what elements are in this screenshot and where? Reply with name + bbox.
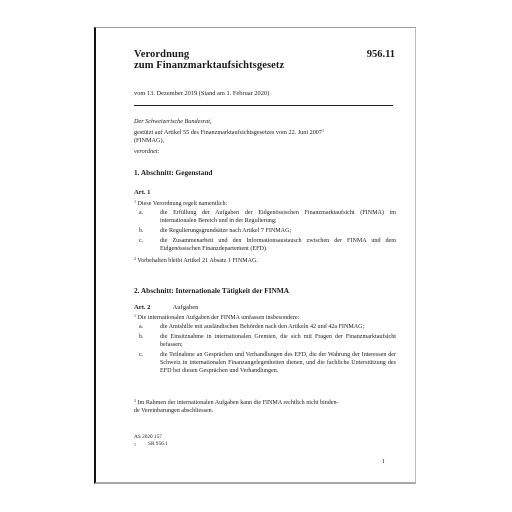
para-number: 1 xyxy=(134,313,136,318)
footnote-text: SR 956.1 xyxy=(148,441,168,447)
section-heading-1: 1. Abschnitt: Gegenstand xyxy=(134,168,212,177)
preamble: Der Schweizerische Bundesrat, gestützt a… xyxy=(134,118,324,156)
list-item: c.die Teilnahme an Gesprächen und Verhan… xyxy=(134,352,396,375)
para-text: Die internationalen Aufgaben der FINMA u… xyxy=(138,315,300,321)
list-text: die Erfüllung der Aufgaben der Eidgenöss… xyxy=(160,210,396,225)
basis-text: gestützt auf Artikel 55 des Finanzmarkta… xyxy=(134,129,322,136)
preamble-authority: Der Schweizerische Bundesrat, xyxy=(134,118,324,127)
footnote-ref[interactable]: 1 xyxy=(322,128,324,133)
list-item: c.die Zusammenarbeit und den Information… xyxy=(134,238,396,253)
para-text: Im Rahmen der internationalen Aufgaben k… xyxy=(138,400,339,406)
article-2-label: Art. 2Aufgaben xyxy=(134,304,198,311)
article-2-para-1: 1 Die internationalen Aufgaben der FINMA… xyxy=(134,314,299,322)
list-text: die Teilnahme an Gesprächen und Verhandl… xyxy=(160,352,396,375)
article-1-label: Art. 1 xyxy=(134,189,150,196)
list-item: b.die Einsitznahme in internationalen Gr… xyxy=(134,334,396,349)
article-2-list: a.die Amtshilfe mit ausländischen Behörd… xyxy=(134,324,396,378)
list-text: die Einsitznahme in internationalen Grem… xyxy=(160,334,396,349)
list-letter: b. xyxy=(134,334,160,349)
document-title: Verordnung zum Finanzmarktaufsichtsgeset… xyxy=(134,49,284,71)
article-heading: Aufgaben xyxy=(172,304,198,311)
list-text: die Amtshilfe mit ausländischen Behörden… xyxy=(160,324,396,332)
sr-number: 956.11 xyxy=(367,49,395,60)
list-letter: a. xyxy=(134,210,160,225)
article-2-para-2: 2 Im Rahmen der internationalen Aufgaben… xyxy=(134,399,339,415)
date-line: vom 13. Dezember 2019 (Stand am 1. Febru… xyxy=(134,90,269,97)
article-number: Art. 2 xyxy=(134,304,150,311)
para-number: 2 xyxy=(134,398,136,403)
para-number: 1 xyxy=(134,199,136,204)
preamble-verb: verordnet: xyxy=(134,148,324,157)
list-letter: b. xyxy=(134,228,160,236)
preamble-basis-abbrev: (FINMAG), xyxy=(134,137,324,146)
footer-notes: AS 2020 157 1SR 956.1 xyxy=(134,434,168,448)
title-line-2: zum Finanzmarktaufsichtsgesetz xyxy=(134,60,284,71)
list-letter: a. xyxy=(134,324,160,332)
footnote: 1SR 956.1 xyxy=(134,441,168,448)
article-1-list: a.die Erfüllung der Aufgaben der Eidgenö… xyxy=(134,210,396,256)
list-item: a.die Amtshilfe mit ausländischen Behörd… xyxy=(134,324,396,332)
title-divider xyxy=(134,105,393,106)
footnote-number: 1 xyxy=(134,441,148,448)
para-text: Vorbehalten bleibt Artikel 21 Absatz 1 F… xyxy=(137,258,258,264)
document-page: Verordnung zum Finanzmarktaufsichtsgeset… xyxy=(94,27,416,484)
as-reference: AS 2020 157 xyxy=(134,434,168,441)
list-letter: c. xyxy=(134,352,160,375)
title-line-1: Verordnung xyxy=(134,49,284,60)
para-text-cont: de Vereinbarungen abschliessen. xyxy=(134,407,339,415)
list-text: die Regulierungsgrundsätze nach Artikel … xyxy=(160,228,396,236)
list-text: die Zusammenarbeit und den Informationsa… xyxy=(160,238,396,253)
article-1-para-1: 1 Diese Verordnung regelt namentlich: xyxy=(134,200,227,208)
article-1-para-2: 2 Vorbehalten bleibt Artikel 21 Absatz 1… xyxy=(134,257,258,265)
list-letter: c. xyxy=(134,238,160,253)
para-number: 2 xyxy=(134,256,136,261)
article-number: Art. 1 xyxy=(134,189,150,196)
page-number: 1 xyxy=(382,458,385,465)
para-text: Diese Verordnung regelt namentlich: xyxy=(138,201,228,207)
preamble-basis: gestützt auf Artikel 55 des Finanzmarkta… xyxy=(134,129,324,138)
section-heading-2: 2. Abschnitt: Internationale Tätigkeit d… xyxy=(134,286,289,295)
list-item: b.die Regulierungsgrundsätze nach Artike… xyxy=(134,228,396,236)
list-item: a.die Erfüllung der Aufgaben der Eidgenö… xyxy=(134,210,396,225)
